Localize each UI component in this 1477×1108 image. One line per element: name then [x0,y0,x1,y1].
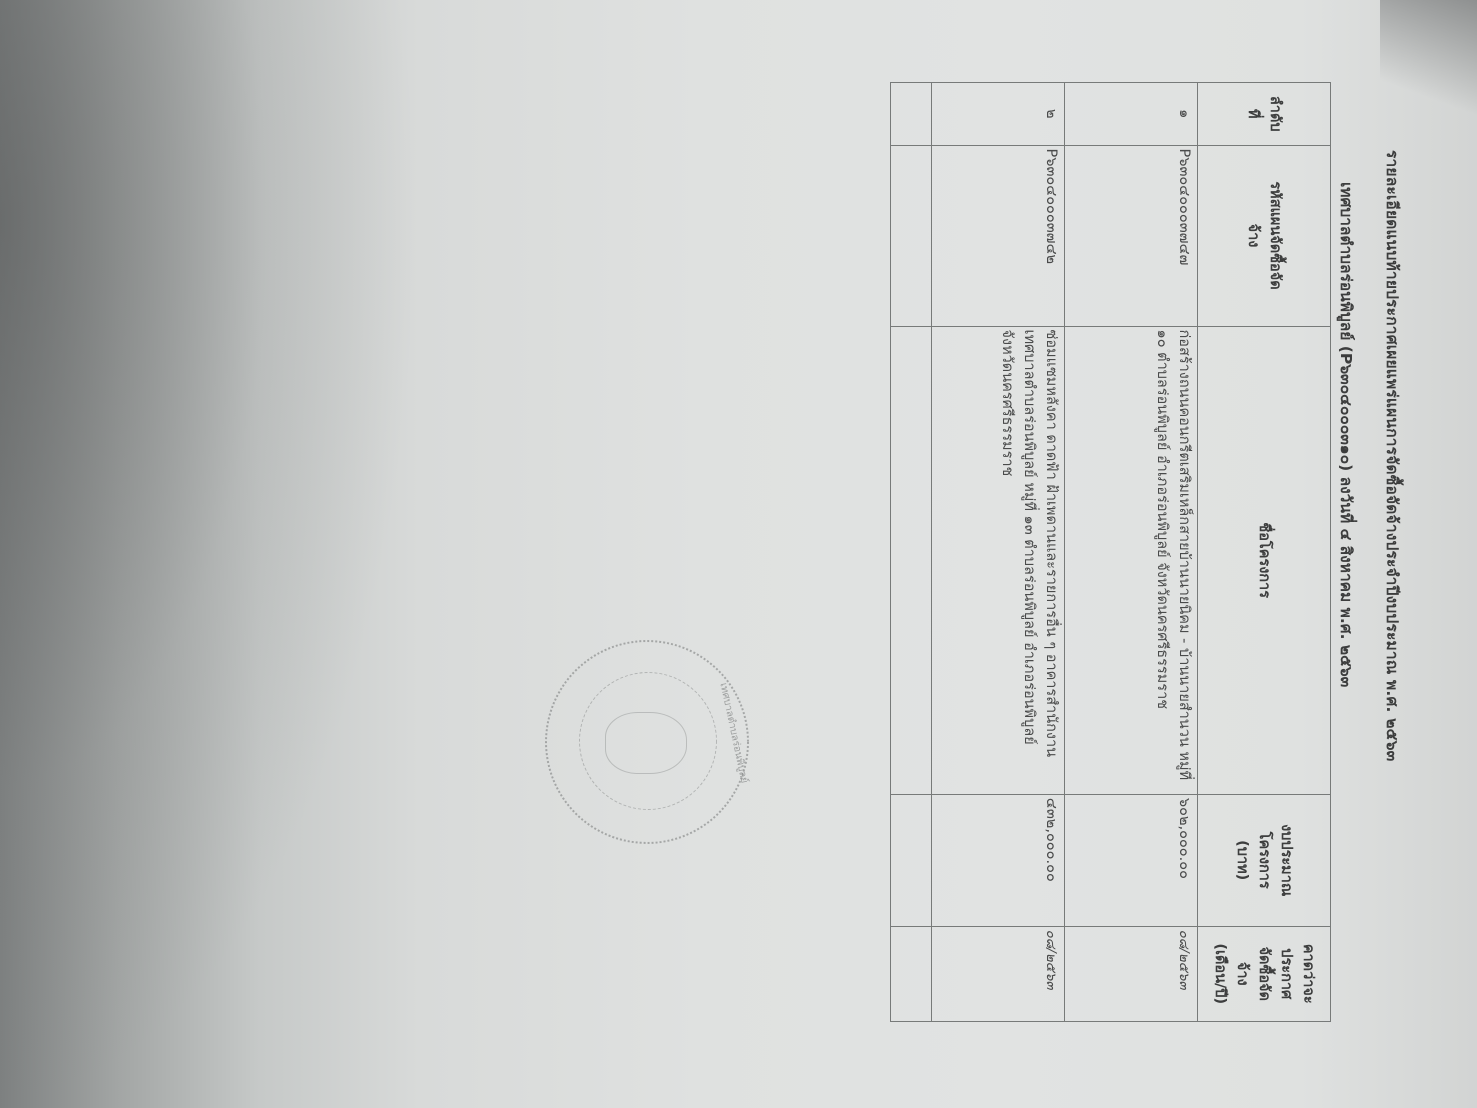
stamp-label: เทศบาลตำบลร่อนพิบูลย์ [716,682,752,785]
row-no: ๒ [932,83,1065,146]
header-expected-month: คาดว่าจะ ประกาศ จัดซื้อจัด จ้าง (เดือน/ป… [1198,926,1331,1021]
row-project-name: ซ่อมแซมหลังคา ดาดฟ้า ฝ้าเพดานและรายการอื… [932,326,1065,794]
empty-cell [891,83,932,146]
table-header-row: ลำดับ ที่ รหัสแผนจัดซื้อจัด จ้าง ชื่อโคร… [1198,83,1331,1022]
header-project-name: ชื่อโครงการ [1198,326,1331,794]
header-plan-code: รหัสแผนจัดซื้อจัด จ้าง [1198,145,1331,326]
row-expected-month: ๐๘/๒๕๖๓ [932,926,1065,1021]
table-row-empty [891,83,932,1022]
seal-emblem-icon [605,712,687,774]
empty-cell [891,145,932,326]
document-title: รายละเอียดแนบท้ายประกาศเผยแพร่แผนการจัดซ… [1380,150,1405,761]
empty-cell [891,926,932,1021]
row-project-name: ก่อสร้างถนนคอนกรีตเสริมเหล็กสายบ้านนายนิ… [1065,326,1198,794]
table-row: ๒ P๖๓๐๔๐๐๐๓๗๔๒ ซ่อมแซมหลังคา ดาดฟ้า ฝ้าเ… [932,83,1065,1022]
empty-cell [891,326,932,794]
header-budget: งบประมาณ โครงการ (บาท) [1198,794,1331,926]
row-plan-code: P๖๓๐๔๐๐๐๓๗๔๗ [1065,145,1198,326]
empty-cell [891,794,932,926]
document-subtitle: เทศบาลตำบลร่อนพิบูลย์ (P๖๓๐๔๐๐๐๓๑๐) ลงวั… [1334,182,1359,687]
official-seal-stamp: เทศบาลตำบลร่อนพิบูลย์ [545,640,749,844]
procurement-plan-table: ลำดับ ที่ รหัสแผนจัดซื้อจัด จ้าง ชื่อโคร… [890,82,1331,1022]
row-expected-month: ๐๘/๒๕๖๓ [1065,926,1198,1021]
document-page: รายละเอียดแนบท้ายประกาศเผยแพร่แผนการจัดซ… [177,0,1477,1000]
row-budget: ๔๓๒,๐๐๐.๐๐ [932,794,1065,926]
row-no: ๑ [1065,83,1198,146]
table-row: ๑ P๖๓๐๔๐๐๐๓๗๔๗ ก่อสร้างถนนคอนกรีตเสริมเห… [1065,83,1198,1022]
row-plan-code: P๖๓๐๔๐๐๐๓๗๔๒ [932,145,1065,326]
header-no: ลำดับ ที่ [1198,83,1331,146]
row-budget: ๖๐๒,๐๐๐.๐๐ [1065,794,1198,926]
